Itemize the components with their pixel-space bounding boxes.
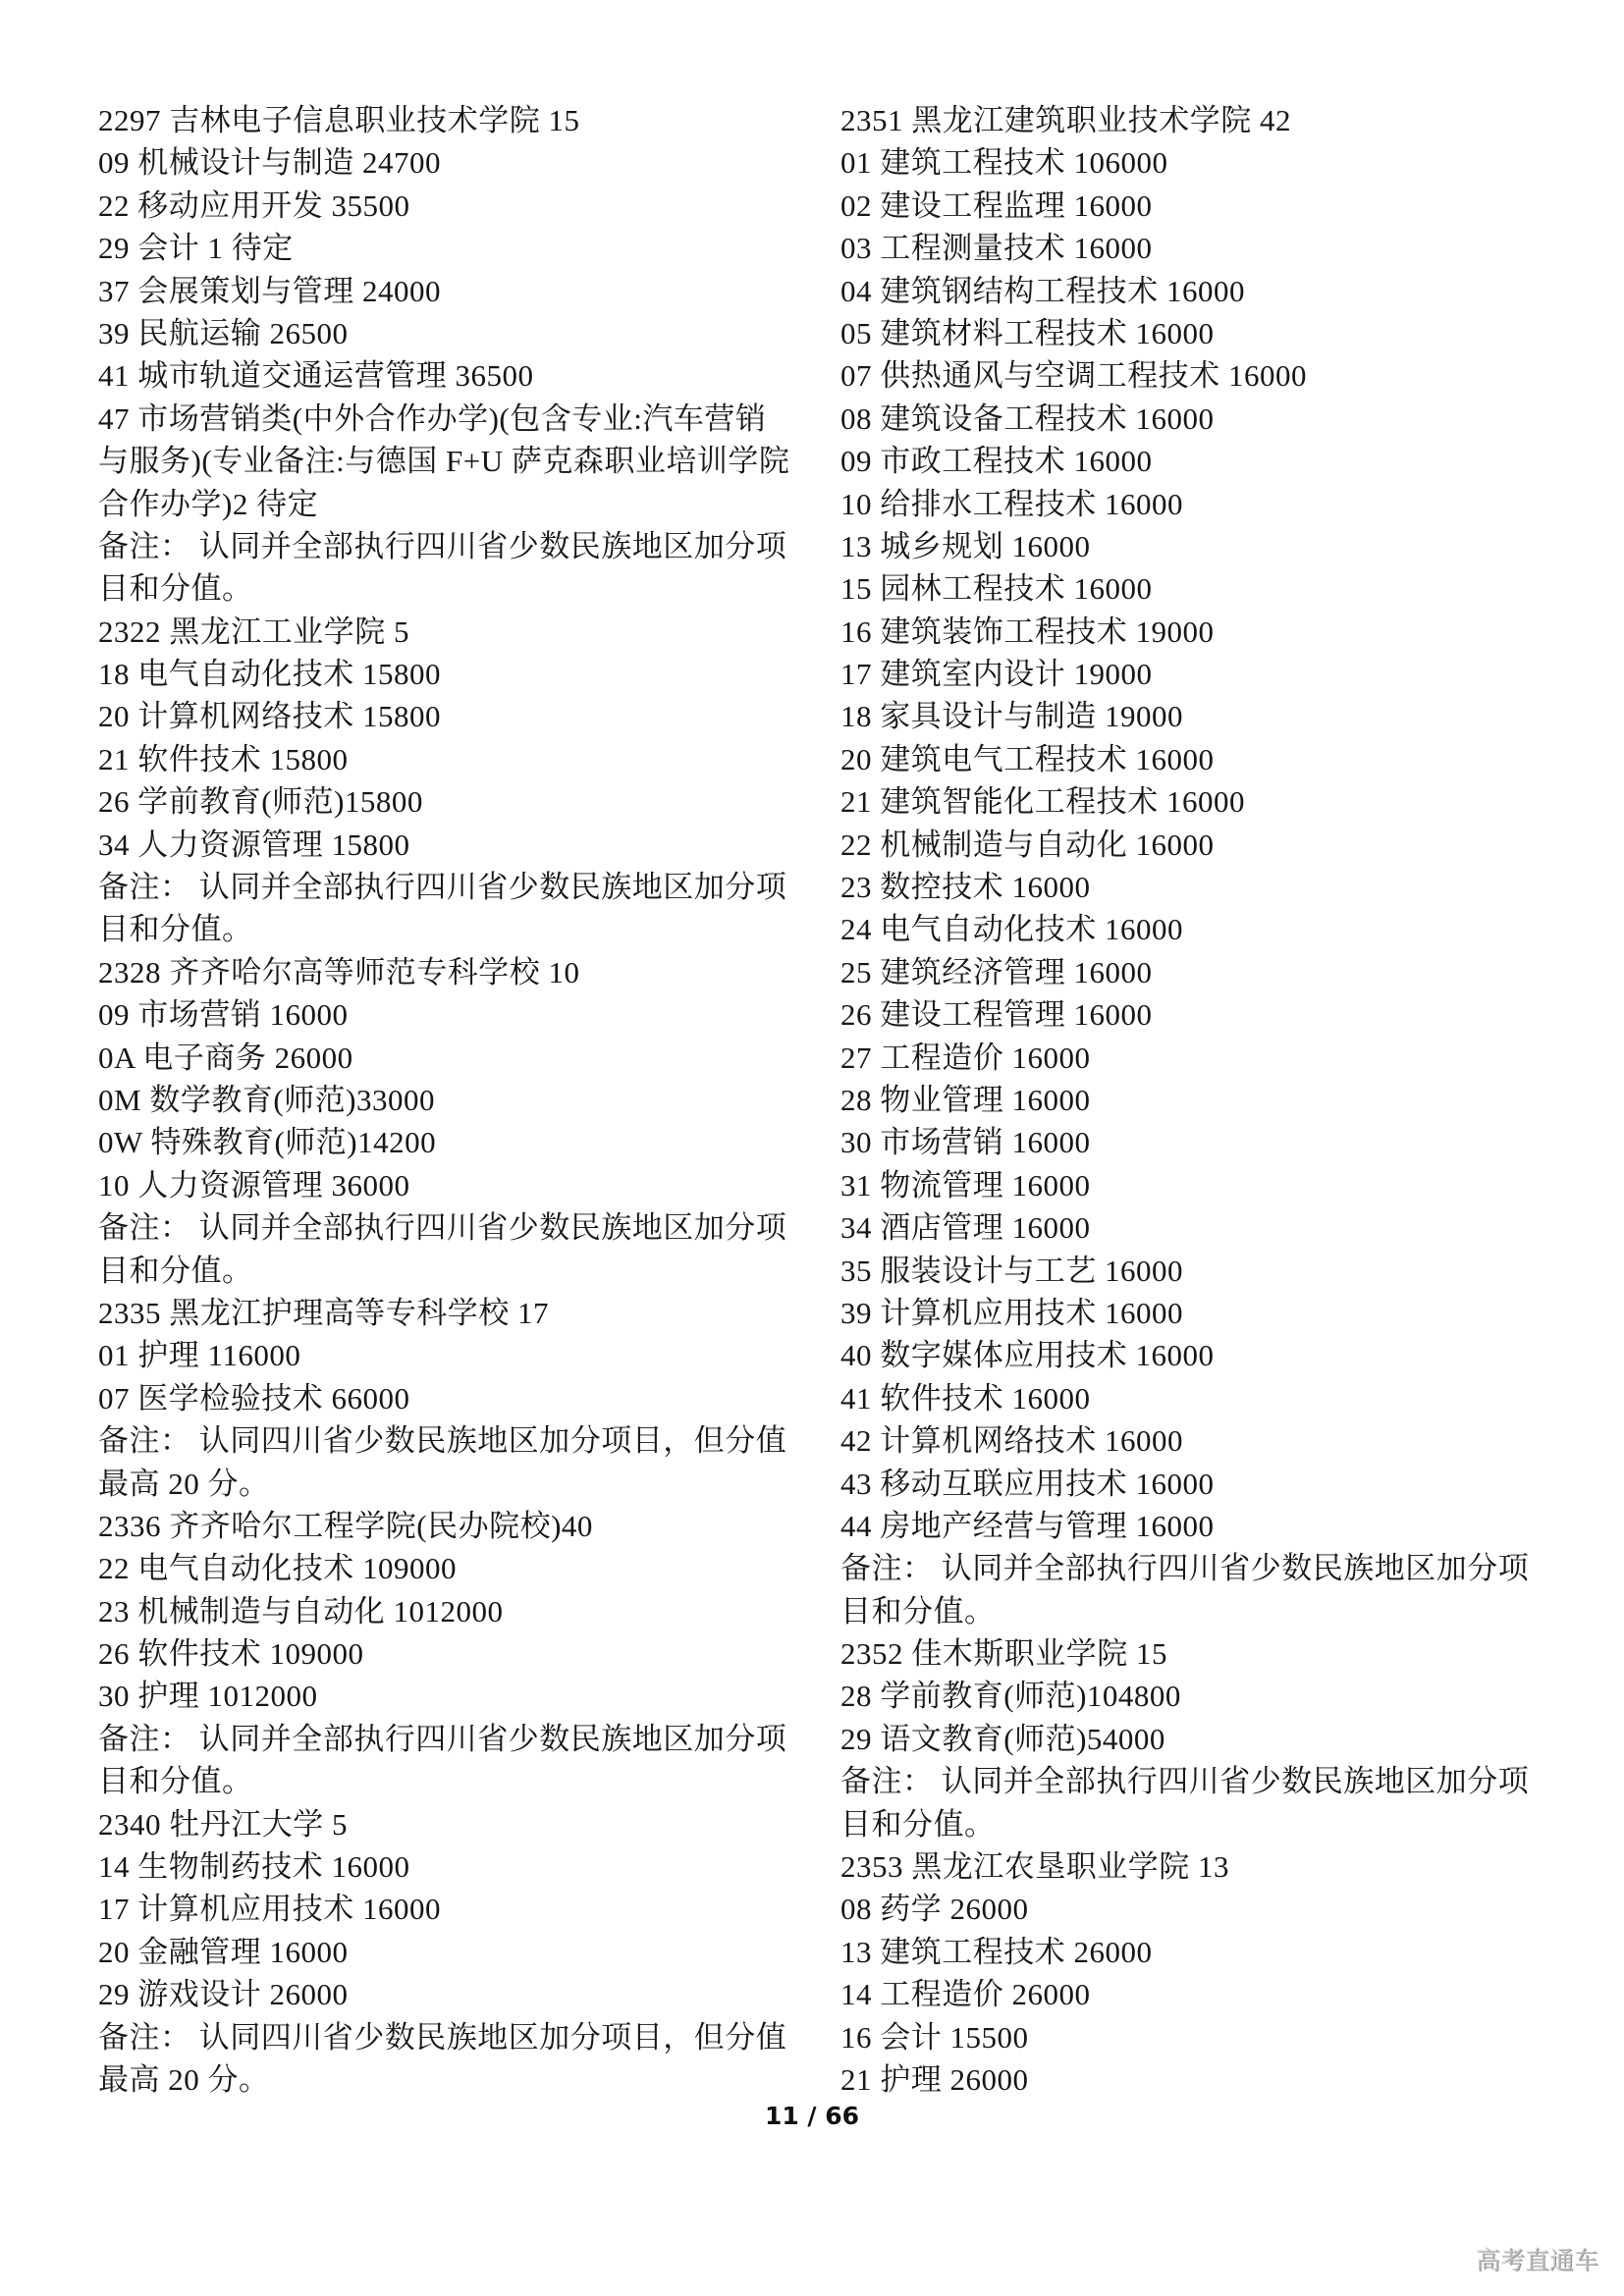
text-line: 26 学前教育(师范)15800	[98, 780, 789, 823]
text-line: 41 城市轨道交通运营管理 36500	[98, 354, 789, 397]
text-line: 04 建筑钢结构工程技术 16000	[840, 270, 1529, 312]
text-line: 2352 佳木斯职业学院 15	[840, 1632, 1529, 1675]
text-line: 21 护理 26000	[840, 2058, 1529, 2101]
text-line: 10 给排水工程技术 16000	[840, 483, 1529, 525]
text-line: 最高 20 分。	[98, 1463, 789, 1505]
text-line: 0M 数学教育(师范)33000	[98, 1079, 789, 1121]
text-line: 2351 黑龙江建筑职业技术学院 42	[840, 99, 1529, 141]
text-line: 08 建筑设备工程技术 16000	[840, 398, 1529, 440]
text-line: 26 软件技术 109000	[98, 1632, 789, 1675]
text-line: 20 计算机网络技术 15800	[98, 695, 789, 737]
watermark: 高考直通车	[1476, 2241, 1598, 2276]
text-line: 37 会展策划与管理 24000	[98, 270, 789, 312]
text-line: 目和分值。	[98, 908, 789, 950]
text-line: 22 移动应用开发 35500	[98, 185, 789, 227]
text-line: 21 建筑智能化工程技术 16000	[840, 780, 1529, 823]
text-line: 目和分值。	[98, 567, 789, 610]
text-line: 目和分值。	[98, 1250, 789, 1292]
text-line: 备注： 认同并全部执行四川省少数民族地区加分项	[98, 525, 789, 567]
text-line: 2297 吉林电子信息职业技术学院 15	[98, 99, 789, 141]
text-line: 23 机械制造与自动化 1012000	[98, 1590, 789, 1632]
text-line: 01 护理 116000	[98, 1334, 789, 1376]
text-line: 目和分值。	[840, 1803, 1529, 1845]
text-line: 31 物流管理 16000	[840, 1164, 1529, 1206]
text-line: 目和分值。	[840, 1590, 1529, 1632]
text-line: 20 金融管理 16000	[98, 1931, 789, 1973]
text-line: 0W 特殊教育(师范)14200	[98, 1121, 789, 1163]
text-line: 最高 20 分。	[98, 2058, 789, 2101]
text-line: 35 服装设计与工艺 16000	[840, 1250, 1529, 1292]
text-line: 28 物业管理 16000	[840, 1079, 1529, 1121]
text-line: 15 园林工程技术 16000	[840, 567, 1529, 610]
text-line: 合作办学)2 待定	[98, 483, 789, 525]
text-line: 备注： 认同并全部执行四川省少数民族地区加分项	[98, 866, 789, 908]
text-line: 29 会计 1 待定	[98, 227, 789, 269]
text-line: 目和分值。	[98, 1760, 789, 1802]
text-line: 22 机械制造与自动化 16000	[840, 824, 1529, 866]
text-line: 26 建设工程管理 16000	[840, 993, 1529, 1036]
text-line: 08 药学 26000	[840, 1888, 1529, 1930]
text-line: 备注： 认同四川省少数民族地区加分项目，但分值	[98, 1419, 789, 1462]
text-line: 2322 黑龙江工业学院 5	[98, 611, 789, 653]
text-line: 备注： 认同并全部执行四川省少数民族地区加分项	[840, 1760, 1529, 1802]
text-line: 备注： 认同并全部执行四川省少数民族地区加分项	[98, 1206, 789, 1249]
text-line: 05 建筑材料工程技术 16000	[840, 312, 1529, 354]
text-line: 0A 电子商务 26000	[98, 1037, 789, 1079]
document-page: 2297 吉林电子信息职业技术学院 1509 机械设计与制造 2470022 移…	[0, 0, 1624, 2296]
text-line: 与服务)(专业备注:与德国 F+U 萨克森职业培训学院	[98, 440, 789, 482]
text-line: 39 计算机应用技术 16000	[840, 1292, 1529, 1334]
text-line: 16 建筑装饰工程技术 19000	[840, 611, 1529, 653]
text-line: 2353 黑龙江农垦职业学院 13	[840, 1845, 1529, 1888]
text-line: 23 数控技术 16000	[840, 866, 1529, 908]
text-line: 02 建设工程监理 16000	[840, 185, 1529, 227]
text-line: 备注： 认同四川省少数民族地区加分项目，但分值	[98, 2016, 789, 2058]
text-line: 18 家具设计与制造 19000	[840, 695, 1529, 737]
text-line: 2335 黑龙江护理高等专科学校 17	[98, 1292, 789, 1334]
text-line: 25 建筑经济管理 16000	[840, 951, 1529, 993]
text-line: 07 医学检验技术 66000	[98, 1377, 789, 1419]
text-line: 13 城乡规划 16000	[840, 525, 1529, 567]
text-line: 03 工程测量技术 16000	[840, 227, 1529, 269]
text-line: 07 供热通风与空调工程技术 16000	[840, 354, 1529, 397]
text-line: 40 数字媒体应用技术 16000	[840, 1334, 1529, 1376]
text-line: 43 移动互联应用技术 16000	[840, 1463, 1529, 1505]
text-line: 18 电气自动化技术 15800	[98, 653, 789, 695]
text-line: 09 机械设计与制造 24700	[98, 141, 789, 184]
text-line: 09 市政工程技术 16000	[840, 440, 1529, 482]
right-text-column: 2351 黑龙江建筑职业技术学院 4201 建筑工程技术 10600002 建设…	[840, 99, 1529, 2101]
text-line: 34 人力资源管理 15800	[98, 824, 789, 866]
text-line: 14 生物制药技术 16000	[98, 1845, 789, 1888]
text-line: 24 电气自动化技术 16000	[840, 908, 1529, 950]
text-line: 30 市场营销 16000	[840, 1121, 1529, 1163]
text-line: 13 建筑工程技术 26000	[840, 1931, 1529, 1973]
text-line: 39 民航运输 26500	[98, 312, 789, 354]
text-line: 16 会计 15500	[840, 2016, 1529, 2058]
text-line: 28 学前教育(师范)104800	[840, 1675, 1529, 1717]
text-line: 22 电气自动化技术 109000	[98, 1547, 789, 1589]
text-line: 17 建筑室内设计 19000	[840, 653, 1529, 695]
text-line: 44 房地产经营与管理 16000	[840, 1505, 1529, 1547]
text-line: 17 计算机应用技术 16000	[98, 1888, 789, 1930]
text-line: 47 市场营销类(中外合作办学)(包含专业:汽车营销	[98, 398, 789, 440]
text-line: 42 计算机网络技术 16000	[840, 1419, 1529, 1462]
text-line: 21 软件技术 15800	[98, 738, 789, 780]
text-line: 34 酒店管理 16000	[840, 1206, 1529, 1249]
text-line: 备注： 认同并全部执行四川省少数民族地区加分项	[840, 1547, 1529, 1589]
text-line: 41 软件技术 16000	[840, 1377, 1529, 1419]
left-text-column: 2297 吉林电子信息职业技术学院 1509 机械设计与制造 2470022 移…	[98, 99, 789, 2101]
text-line: 2340 牡丹江大学 5	[98, 1803, 789, 1845]
text-line: 09 市场营销 16000	[98, 993, 789, 1036]
page-number: 11 / 66	[0, 2102, 1624, 2130]
text-line: 01 建筑工程技术 106000	[840, 141, 1529, 184]
text-line: 备注： 认同并全部执行四川省少数民族地区加分项	[98, 1718, 789, 1760]
text-line: 2328 齐齐哈尔高等师范专科学校 10	[98, 951, 789, 993]
text-line: 14 工程造价 26000	[840, 1973, 1529, 2015]
text-line: 30 护理 1012000	[98, 1675, 789, 1717]
text-line: 27 工程造价 16000	[840, 1037, 1529, 1079]
text-line: 29 语文教育(师范)54000	[840, 1718, 1529, 1760]
text-line: 29 游戏设计 26000	[98, 1973, 789, 2015]
text-line: 20 建筑电气工程技术 16000	[840, 738, 1529, 780]
text-line: 2336 齐齐哈尔工程学院(民办院校)40	[98, 1505, 789, 1547]
text-line: 10 人力资源管理 36000	[98, 1164, 789, 1206]
